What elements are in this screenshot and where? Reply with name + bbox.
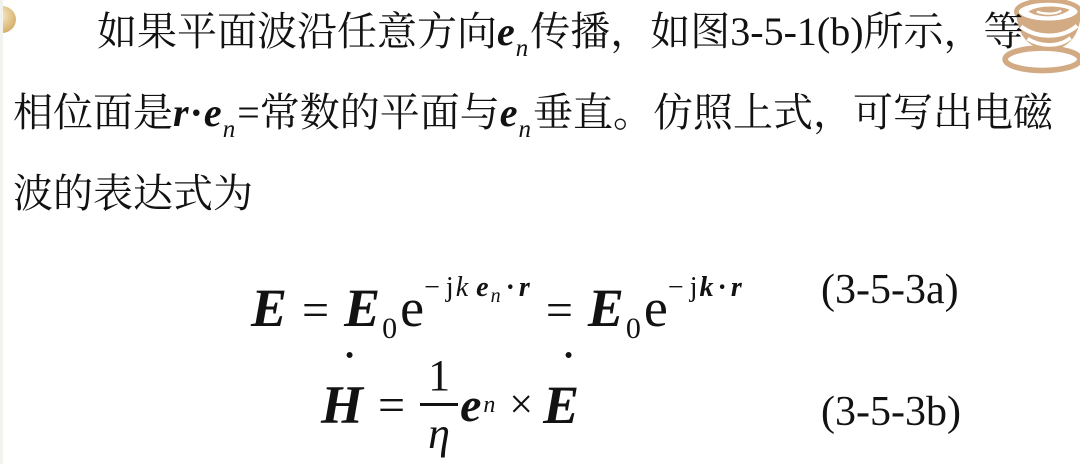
equals-sign: = [378,378,405,433]
subscript-zero: 0 [382,312,397,345]
dot-product-symbol: · [717,272,727,303]
text-line-1: 如果平面波沿任意方向en传播，如图3-5-1(b)所示，等 [13,0,1028,81]
text-segment: 传播，如图3-5-1(b)所示，等 [530,9,1023,54]
E0-vector-symbol: E [588,278,624,338]
overdot: ˙ [343,357,356,377]
vector-e-symbol: e [460,378,481,433]
equals-sign: = [546,284,573,337]
text-segment: 如果平面波沿任意方向 [97,9,497,54]
wavevector-k: k [699,272,714,303]
fraction-one-over-eta: 1η [420,351,458,460]
fraction-denominator-eta: η [428,406,450,460]
cross-product-symbol: × [509,381,533,429]
E0-vector-symbol: E [344,278,380,338]
subscript-zero: 0 [626,312,641,345]
vector-e-symbol: e [497,9,515,54]
subscript-n: n [519,116,532,143]
E-vector-symbol: E [251,278,287,338]
subscript-n: n [223,116,236,143]
vector-r-symbol: r [519,272,531,303]
vector-e-symbol: e [476,272,489,303]
vector-r-symbol: r [173,90,189,135]
imaginary-j: j [446,272,455,303]
exponential-e: e [644,278,668,338]
dot-product-symbol: · [190,90,203,135]
equation-b-expression: ˙H = 1η en × ˙E [321,350,579,460]
text-line-2: 相位面是r·en=常数的平面与en垂直。仿照上式，可写出电磁 [13,81,1028,162]
text-segment: 相位面是 [13,90,173,135]
vector-e-symbol: e [204,90,222,135]
vector-r-symbol: r [731,272,743,303]
equals-sign: = [302,284,329,337]
vector-e-symbol: e [500,90,518,135]
fraction-numerator: 1 [420,351,458,406]
exponent-group: −jken·r [424,272,531,303]
subscript-n: n [491,285,502,307]
equation-row-b: ˙H = 1η en × ˙E (3-5-3b) [3,350,1080,460]
exponential-e: e [400,278,424,338]
exponent-group: −jk·r [668,272,743,303]
wavenumber-k: k [456,272,469,303]
minus-sign: − [668,272,685,303]
equation-label-b: (3-5-3b) [821,384,961,440]
equation-label-a: (3-5-3a) [821,262,959,318]
equation-row-a: E=E0e−jken·r=E0e−jk·r (3-5-3a) [3,248,1080,340]
E-phasor-symbol: ˙E [543,374,579,436]
subscript-n: n [483,392,495,419]
minus-sign: − [424,272,441,303]
text-segment: =常数的平面与 [237,90,500,135]
subscript-n: n [516,35,529,62]
imaginary-j: j [690,272,699,303]
slide-canvas: 如果平面波沿任意方向en传播，如图3-5-1(b)所示，等 相位面是r·en=常… [0,0,1080,464]
H-phasor-symbol: ˙H [321,374,363,436]
body-text: 如果平面波沿任意方向en传播，如图3-5-1(b)所示，等 相位面是r·en=常… [13,0,1028,226]
text-segment: 垂直。仿照上式，可写出电磁 [533,90,1053,135]
H-vector-symbol: H [321,375,363,435]
dot-product-symbol: · [506,272,516,303]
overdot: ˙ [562,357,575,377]
text-line-3: 波的表达式为 [13,162,1028,226]
text-segment: 波的表达式为 [13,171,253,216]
